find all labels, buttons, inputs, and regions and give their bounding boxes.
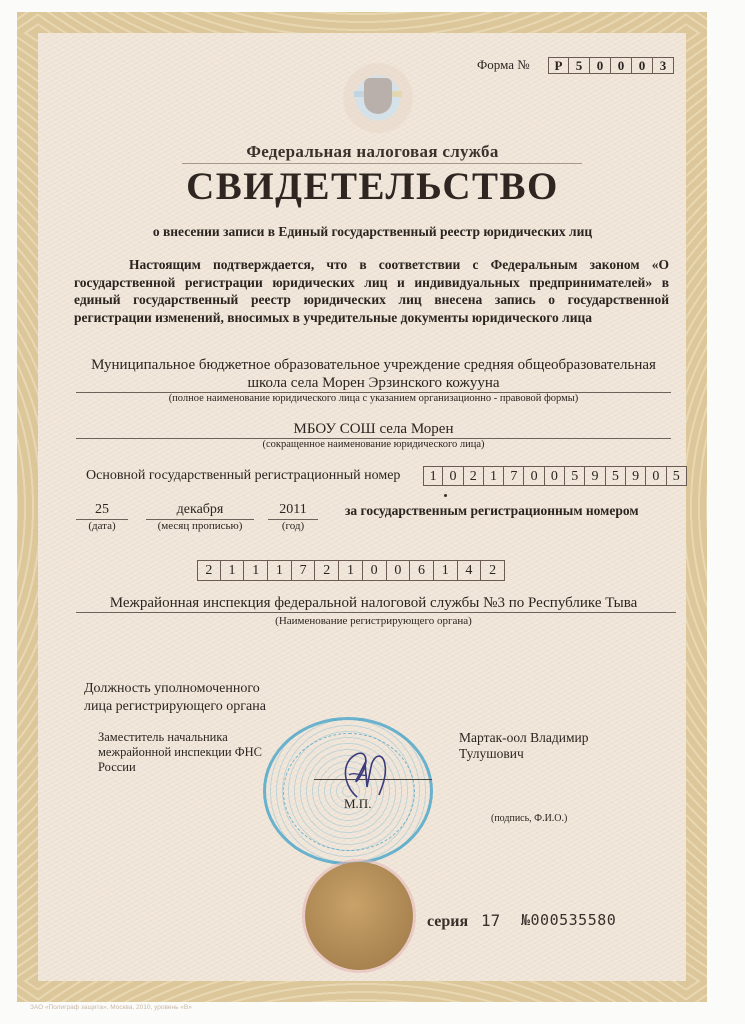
registering-authority: Межрайонная инспекция федеральной налого… [76,595,671,612]
series-number: 17 [481,911,500,930]
grn-boxes: 2 1 1 1 7 2 1 0 0 6 1 4 2 [197,560,505,581]
signatory-name: Мартак-оол Владимир Тулушович [459,730,588,762]
entity-short-name: МБОУ СОШ села Морен [76,420,671,439]
printer-note: ЗАО «Полиграф защита», Москва, 2010, уро… [30,1004,192,1011]
entity-full-name-caption: (полное наименование юридического лица с… [76,393,671,404]
stamp-place-label: М.П. [344,796,371,812]
grn-digit: 4 [458,560,482,581]
document-subtitle: о внесении записи в Единый государственн… [0,224,745,240]
signature-caption: (подпись, Ф.И.О.) [491,813,567,824]
ogrn-digit: 0 [545,466,565,486]
entity-full-name-line1: Муниципальное бюджетное образовательное … [76,356,671,375]
mark-dot [444,494,447,497]
form-number-cell: Р [548,57,569,74]
signatory-position: Заместитель начальника межрайонной инспе… [98,730,262,775]
registering-authority-caption: (Наименование регистрирующего органа) [76,615,671,627]
gold-seal-icon [305,862,413,970]
ogrn-digit: 9 [626,466,646,486]
date-year-caption: (год) [268,520,318,532]
grn-digit: 2 [197,560,221,581]
agency-name: Федеральная налоговая служба [0,142,745,162]
confirmation-paragraph: Настоящим подтверждается, что в соответс… [74,256,669,326]
entity-full-name-line2: школа села Морен Эрзинского кожууна [76,374,671,393]
grn-digit: 1 [268,560,292,581]
date-year: 2011 [268,502,318,518]
grn-digit: 1 [434,560,458,581]
date-day: 25 [76,502,128,518]
date-month: декабря [146,502,254,518]
ogrn-digit: 5 [667,466,687,486]
ogrn-digit: 5 [606,466,626,486]
document-title: СВИДЕТЕЛЬСТВО [0,164,745,209]
entity-short-name-caption: (сокращенное наименование юридического л… [76,439,671,450]
ogrn-digit: 0 [524,466,544,486]
form-number-cell: 5 [569,57,590,74]
ogrn-digit: 2 [464,466,484,486]
grn-digit: 6 [410,560,434,581]
ogrn-digit: 7 [504,466,524,486]
grn-digit: 7 [292,560,316,581]
ogrn-digit: 1 [484,466,504,486]
ogrn-digit: 0 [443,466,463,486]
ogrn-digit: 0 [646,466,666,486]
form-number-cell: 0 [632,57,653,74]
grn-digit: 0 [363,560,387,581]
hologram-emblem-icon [336,58,420,138]
grn-digit: 0 [387,560,411,581]
serial-number: №000535580 [521,911,616,929]
grn-digit: 1 [244,560,268,581]
ogrn-digit: 1 [423,466,443,486]
grn-digit: 2 [315,560,339,581]
grn-digit: 1 [221,560,245,581]
form-number-cell: 0 [590,57,611,74]
position-label: Должность уполномоченного лица регистрир… [84,680,266,716]
ogrn-digit: 9 [585,466,605,486]
form-number-boxes: Р 5 0 0 0 3 [548,57,674,74]
ogrn-digit: 5 [565,466,585,486]
grn-digit: 2 [481,560,505,581]
date-month-caption: (месяц прописью) [146,520,254,532]
series-label: серия [427,913,468,931]
ogrn-boxes: 1 0 2 1 7 0 0 5 9 5 9 0 5 [423,466,687,486]
coat-of-arms-icon [364,78,392,114]
ogrn-label: Основной государственный регистрационный… [86,468,400,484]
field-underline [76,612,676,613]
grn-label: за государственным регистрационным номер… [345,503,639,519]
form-number-cell: 0 [611,57,632,74]
grn-digit: 1 [339,560,363,581]
form-label: Форма № [477,57,530,73]
date-day-caption: (дата) [76,520,128,532]
form-number-cell: 3 [653,57,674,74]
